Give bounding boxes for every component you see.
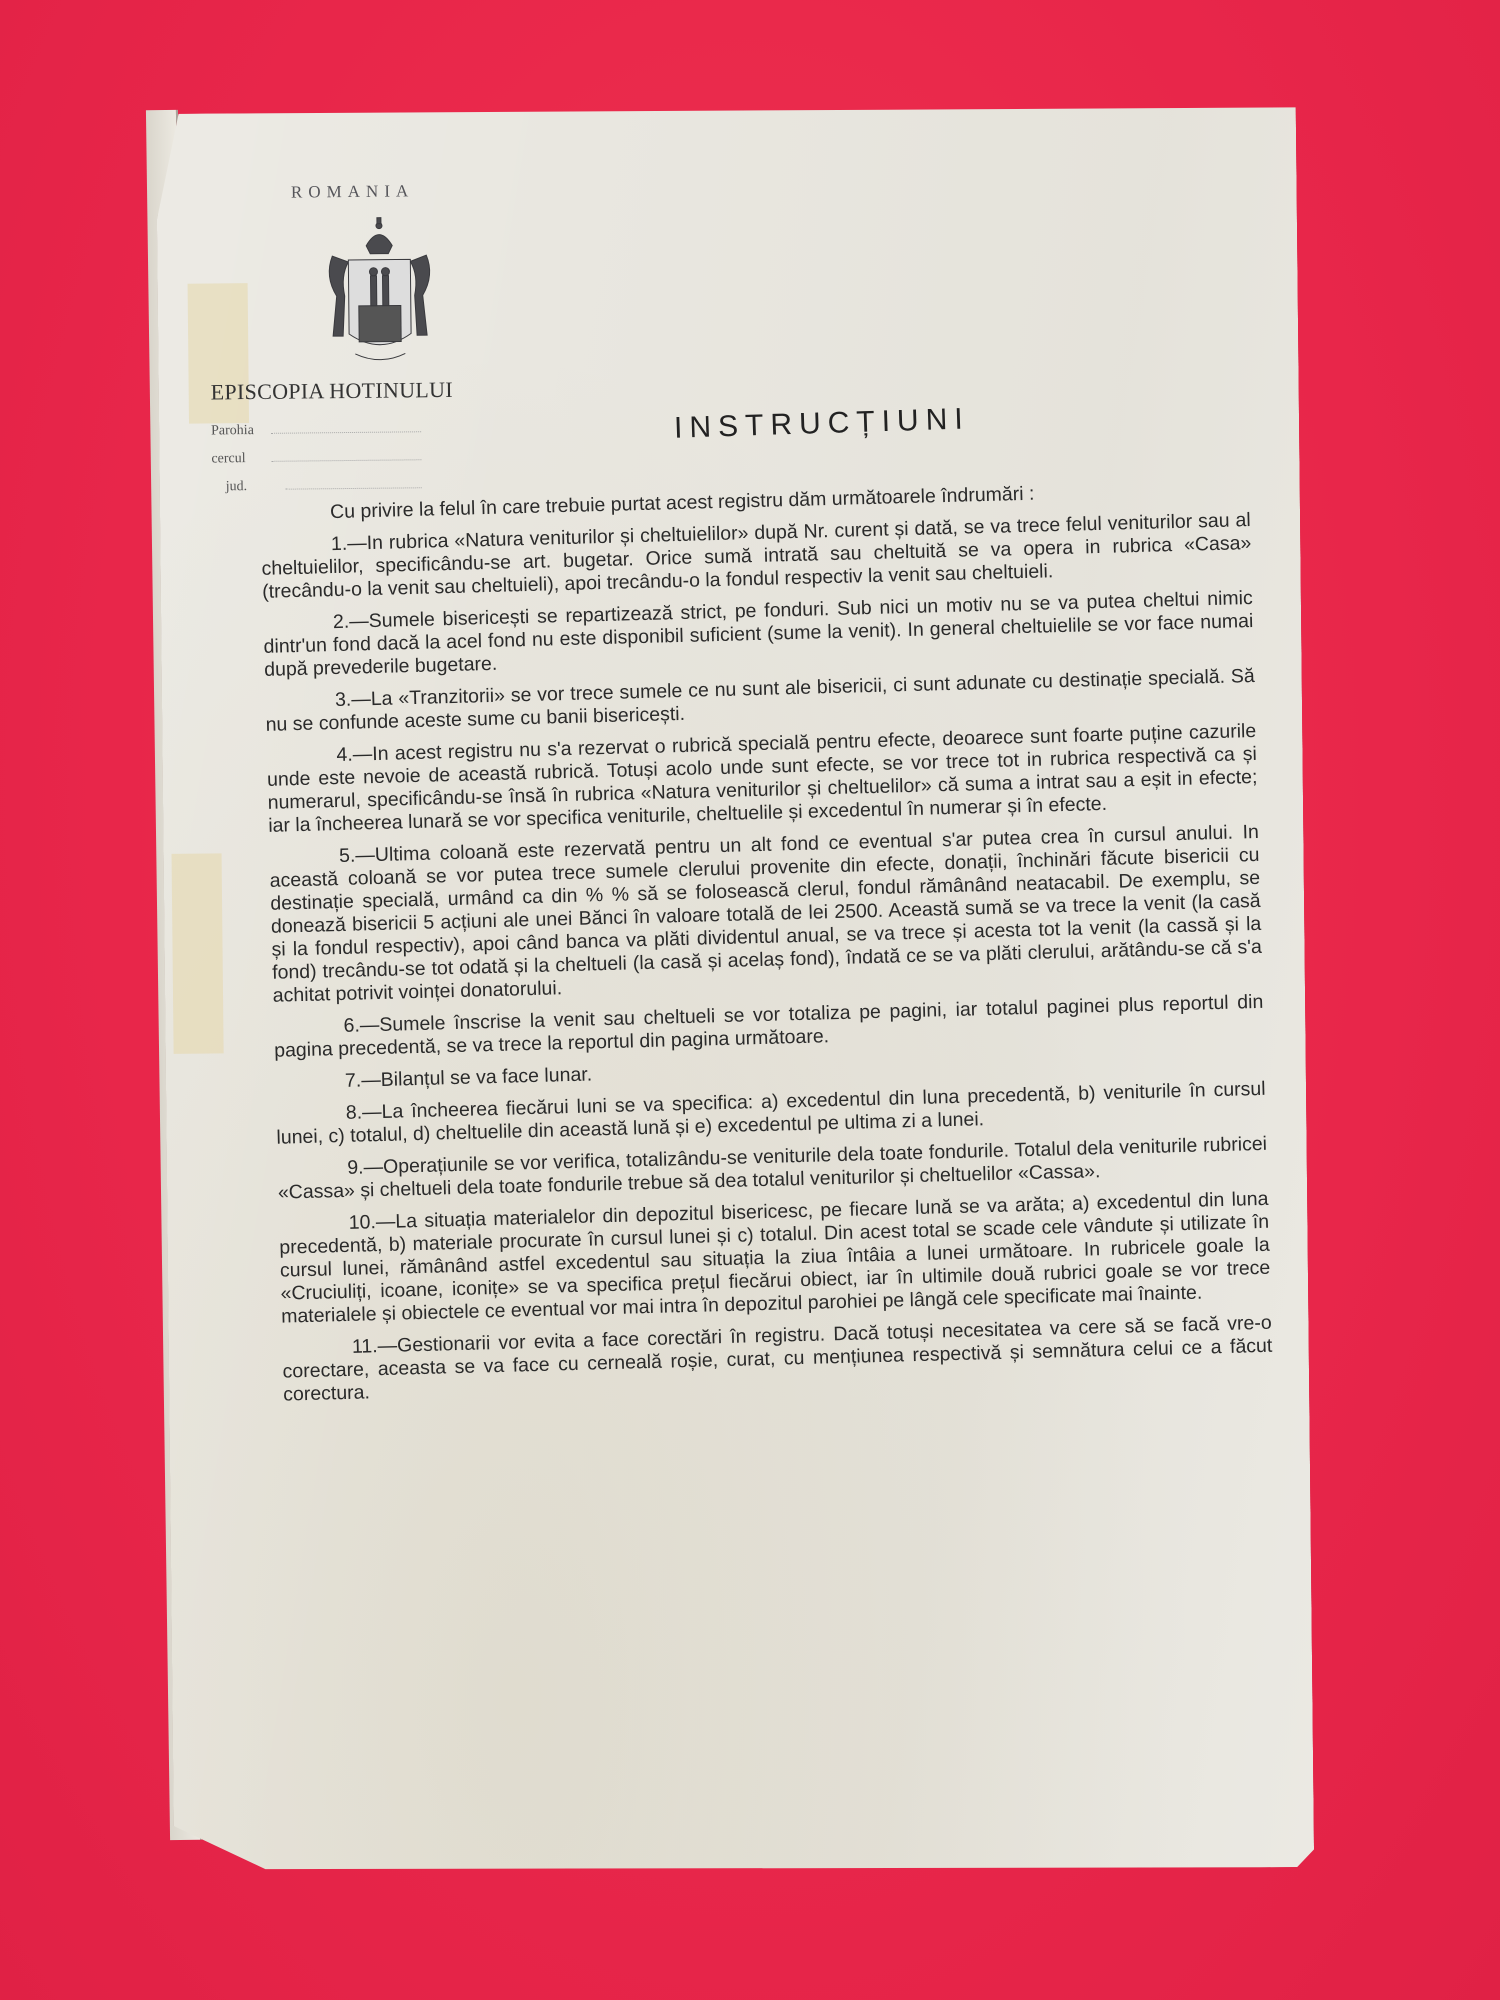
letterhead: ROMANIA EPISCOPIA HOTI (209, 181, 472, 508)
field-blank-line (286, 487, 422, 489)
country-name: ROMANIA (237, 181, 469, 203)
field-blank-line (271, 459, 421, 462)
document-page: ROMANIA EPISCOPIA HOTI (156, 102, 1314, 1879)
diocese-name: EPISCOPIA HOTINULUI (211, 377, 471, 406)
page-title: INSTRUCȚIUNI (674, 402, 971, 445)
coat-of-arms-icon (314, 215, 446, 366)
instruction-item: 4.—In acest registru nu s'a rezervat o r… (266, 720, 1258, 838)
parish-fields: Parohia cercul jud. (211, 421, 472, 508)
tape-strip (172, 853, 224, 1054)
field-label: cercul (211, 451, 271, 468)
field-label: jud. (212, 479, 286, 496)
instruction-item: 10.—La situația materialelor din depozit… (278, 1188, 1271, 1329)
instruction-item: 2.—Sumele bisericești se repartizează st… (263, 587, 1254, 682)
field-label: Parohia (211, 423, 271, 440)
instructions-body: Cu privire la felul în care trebuie purt… (260, 477, 1274, 1416)
instruction-item: 1.—In rubrica «Natura veniturilor și che… (261, 509, 1252, 604)
instruction-item: 11.—Gestionarii vor evita a face corectă… (282, 1312, 1273, 1407)
field-blank-line (271, 431, 421, 434)
instruction-item: 5.—Ultima coloană este rezervată pentru … (269, 821, 1263, 1008)
field-cercul: cercul (211, 449, 471, 480)
field-parohia: Parohia (211, 421, 471, 452)
